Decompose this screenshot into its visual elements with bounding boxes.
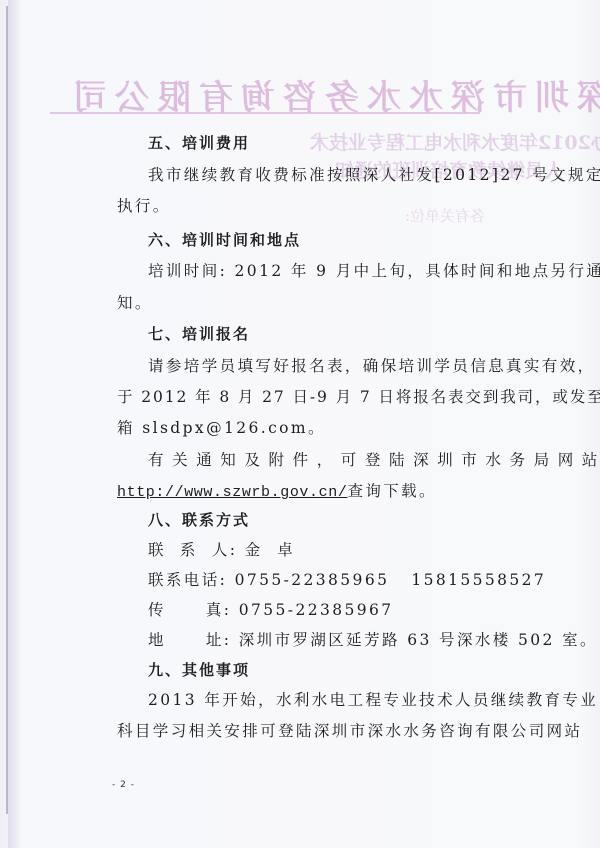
contact-phone-row: 联系电话: 0755-22385965 15815558527 bbox=[148, 570, 546, 590]
contact-fax-value: 0755-22385967 bbox=[239, 601, 394, 619]
paragraph-line: 知。 bbox=[117, 293, 153, 313]
binding-shadow bbox=[8, 0, 22, 848]
section-heading-time-place: 六、培训时间和地点 bbox=[148, 230, 301, 250]
bleed-through-rule bbox=[50, 112, 480, 114]
paragraph-line: 有关通知及附件，可登陆深圳市水务局网站 bbox=[148, 450, 600, 470]
link-line: http://www.szwrb.gov.cn/查询下载。 bbox=[117, 481, 437, 503]
section-heading-contact: 八、联系方式 bbox=[148, 510, 250, 530]
contact-person-label: 联系人: bbox=[148, 541, 237, 559]
section-heading-other: 九、其他事项 bbox=[148, 660, 250, 680]
paragraph-line: 2013 年开始，水利水电工程专业技术人员继续教育专业 bbox=[148, 690, 598, 710]
paragraph-line: 于 2012 年 8 月 27 日-9 月 7 日将报名表交到我司，或发至邮 bbox=[117, 387, 600, 407]
contact-person-value: 金 卓 bbox=[245, 541, 295, 559]
contact-address-row: 地址: 深圳市罗湖区延芳路 63 号深水楼 502 室。 bbox=[148, 630, 598, 650]
contact-person-row: 联系人: 金 卓 bbox=[148, 540, 295, 560]
paragraph-line: 请参培学员填写好报名表，确保培训学员信息真实有效， bbox=[148, 356, 596, 376]
contact-phone-label: 联系电话: bbox=[148, 571, 227, 589]
section-heading-registration: 七、培训报名 bbox=[148, 324, 250, 344]
section-heading-fees: 五、培训费用 bbox=[148, 133, 250, 153]
document-page: 深圳市深水水务咨询有限公司 关于举办2012年度水利水电工程专业技术 人员继续教… bbox=[0, 0, 600, 848]
paragraph-line: 科目学习相关安排可登陆深圳市深水水务咨询有限公司网站 bbox=[117, 721, 582, 741]
contact-address-value: 深圳市罗湖区延芳路 63 号深水楼 502 室。 bbox=[239, 631, 598, 649]
page-number: - 2 - bbox=[112, 780, 135, 790]
bleed-through-title-1: 关于举办2012年度水利水电工程专业技术 bbox=[310, 128, 600, 155]
paragraph-line: 我市继续教育收费标准按照深人社发[2012]27 号文规定 bbox=[148, 165, 600, 185]
binding-edge bbox=[6, 6, 8, 814]
paragraph-line: 执行。 bbox=[117, 196, 171, 216]
paragraph-line-email: 箱 slsdpx@126.com。 bbox=[117, 418, 326, 438]
contact-address-label: 地址: bbox=[148, 631, 231, 649]
link-suffix: 查询下载。 bbox=[347, 482, 437, 500]
contact-phone-value: 0755-22385965 15815558527 bbox=[235, 571, 547, 589]
contact-fax-label: 传真: bbox=[148, 601, 231, 619]
bleed-through-salutation: 各有关单位: bbox=[405, 205, 485, 226]
paragraph-line: 培训时间: 2012 年 9 月中上旬，具体时间和地点另行通 bbox=[148, 261, 600, 281]
website-link[interactable]: http://www.szwrb.gov.cn/ bbox=[117, 484, 347, 501]
contact-fax-row: 传真: 0755-22385967 bbox=[148, 600, 394, 620]
